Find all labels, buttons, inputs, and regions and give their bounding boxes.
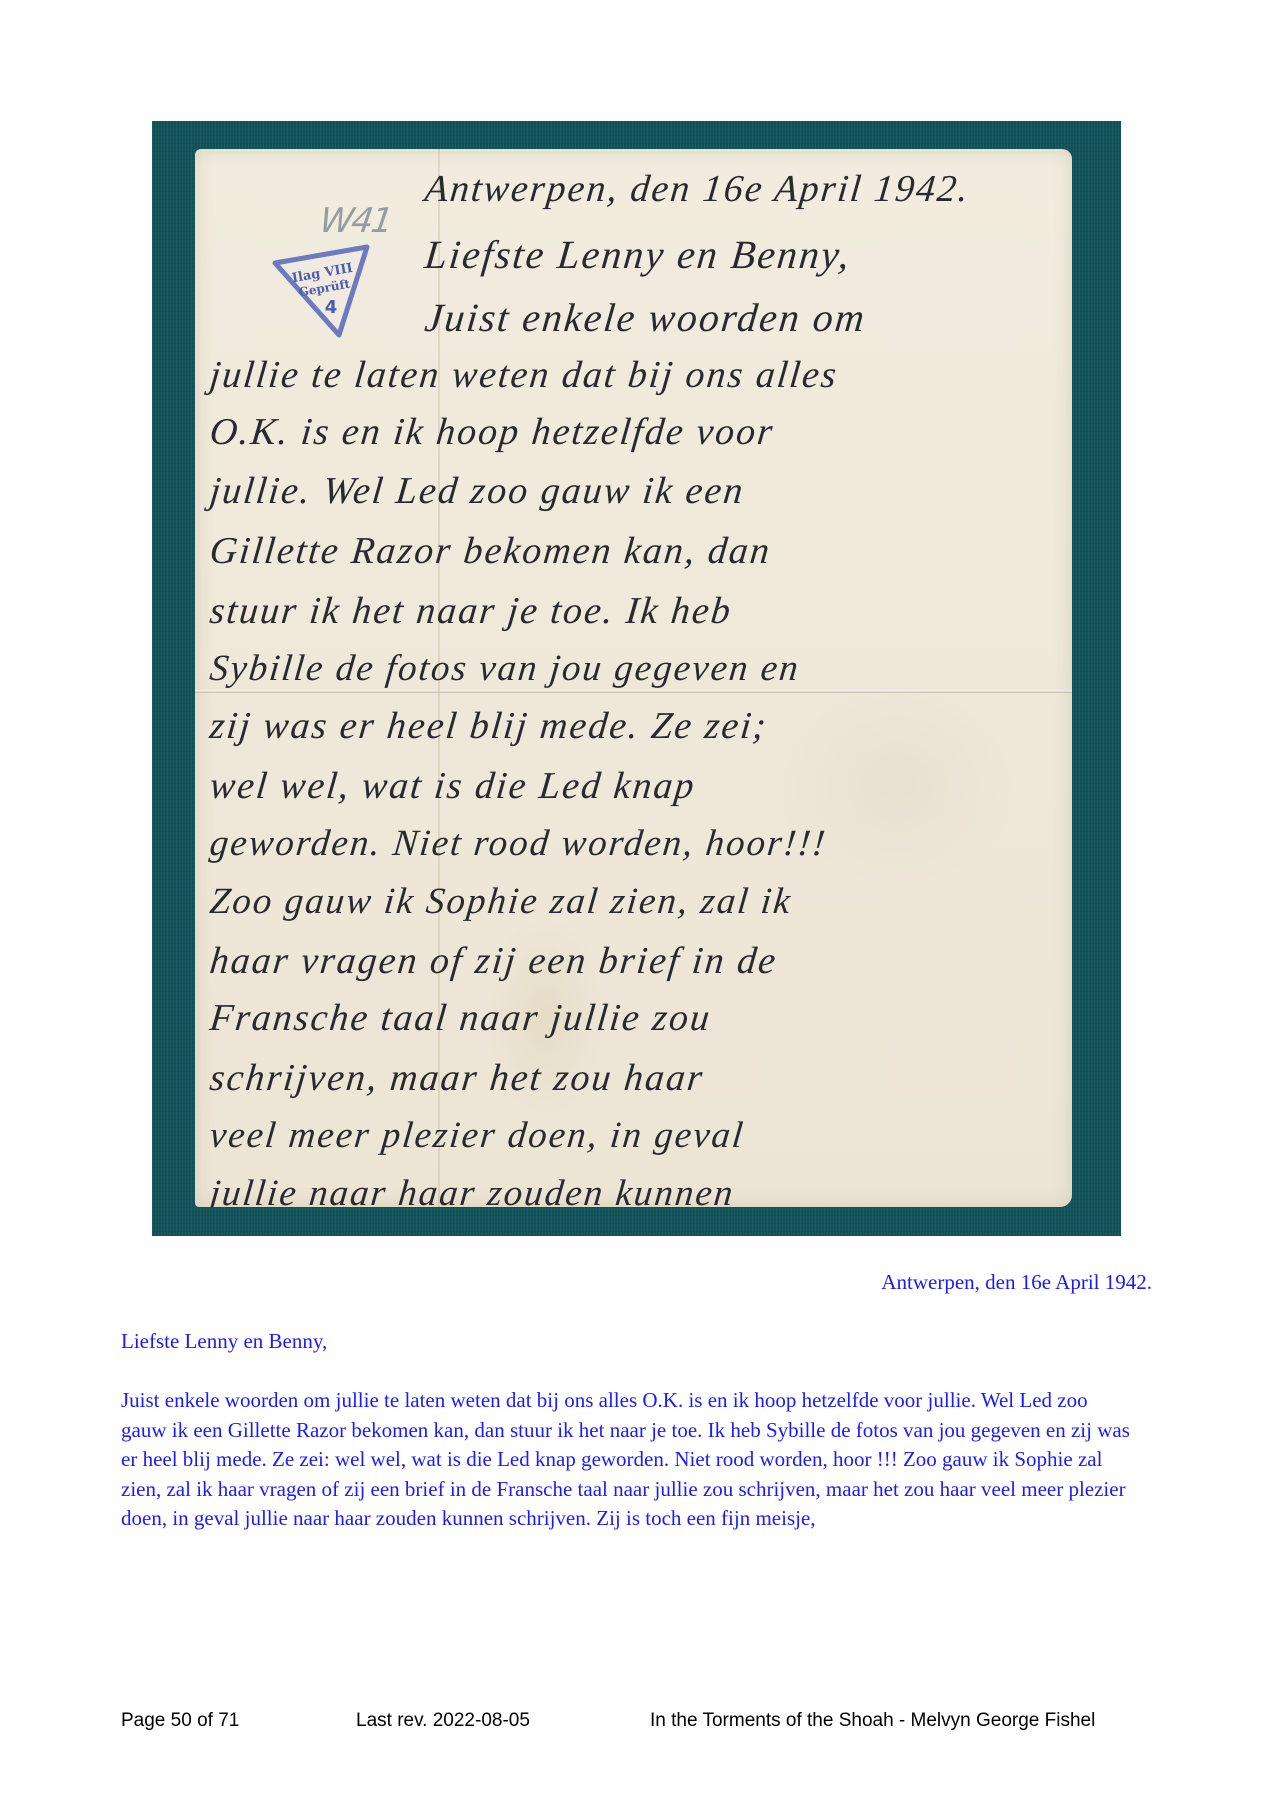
pencil-annotation: W41 xyxy=(317,201,394,241)
letter-photo: W41 Ilag VIII Geprüft 4 Antwerpen, den 1… xyxy=(152,121,1121,1236)
handwritten-line: Gillette Razor bekomen kan, dan xyxy=(208,529,774,573)
handwritten-line: haar vragen of zij een brief in de xyxy=(208,939,780,983)
handwritten-line: Liefste Lenny en Benny, xyxy=(423,231,854,278)
handwritten-line: veel meer plezier doen, in geval xyxy=(208,1114,747,1157)
handwritten-line: wel wel, wat is die Led knap xyxy=(208,764,698,808)
handwritten-line: stuur ik het naar je toe. Ik heb xyxy=(208,589,735,633)
page-footer: Page 50 of 71 Last rev. 2022-08-05 In th… xyxy=(121,1710,1161,1734)
handwritten-line: jullie naar haar zouden kunnen xyxy=(208,1172,737,1207)
transcription-date: Antwerpen, den 16e April 1942. xyxy=(121,1270,1152,1295)
stamp-line-3: 4 xyxy=(325,297,338,318)
handwritten-line: jullie. Wel Led zoo gauw ik een xyxy=(208,469,747,513)
handwritten-line: geworden. Niet rood worden, hoor!!! xyxy=(208,822,829,865)
fold-crease xyxy=(195,690,1072,693)
handwritten-line: Sybille de fotos van jou gegeven en xyxy=(208,647,802,690)
handwritten-line: Zoo gauw ik Sophie zal zien, zal ik xyxy=(208,880,794,923)
page-number: Page 50 of 71 xyxy=(121,1710,239,1732)
handwritten-line: O.K. is en ik hoop hetzelfde voor xyxy=(208,410,777,454)
handwritten-line: Juist enkele woorden om xyxy=(423,294,869,341)
transcription-body: Juist enkele woorden om jullie te laten … xyxy=(121,1386,1131,1534)
letter-paper: W41 Ilag VIII Geprüft 4 Antwerpen, den 1… xyxy=(195,149,1072,1207)
document-title: In the Torments of the Shoah - Melvyn Ge… xyxy=(650,1710,1095,1732)
handwritten-line: Fransche taal naar jullie zou xyxy=(208,996,714,1040)
censor-stamp-icon: Ilag VIII Geprüft 4 xyxy=(271,241,371,341)
handwritten-line: schrijven, maar het zou haar xyxy=(208,1056,707,1100)
handwritten-line: zij was er heel blij mede. Ze zei; xyxy=(208,704,770,748)
transcription-greeting: Liefste Lenny en Benny, xyxy=(121,1329,1152,1354)
revision-date: Last rev. 2022-08-05 xyxy=(356,1710,530,1732)
handwritten-line: Antwerpen, den 16e April 1942. xyxy=(423,167,972,211)
handwritten-line: jullie te laten weten dat bij ons alles xyxy=(208,353,840,397)
